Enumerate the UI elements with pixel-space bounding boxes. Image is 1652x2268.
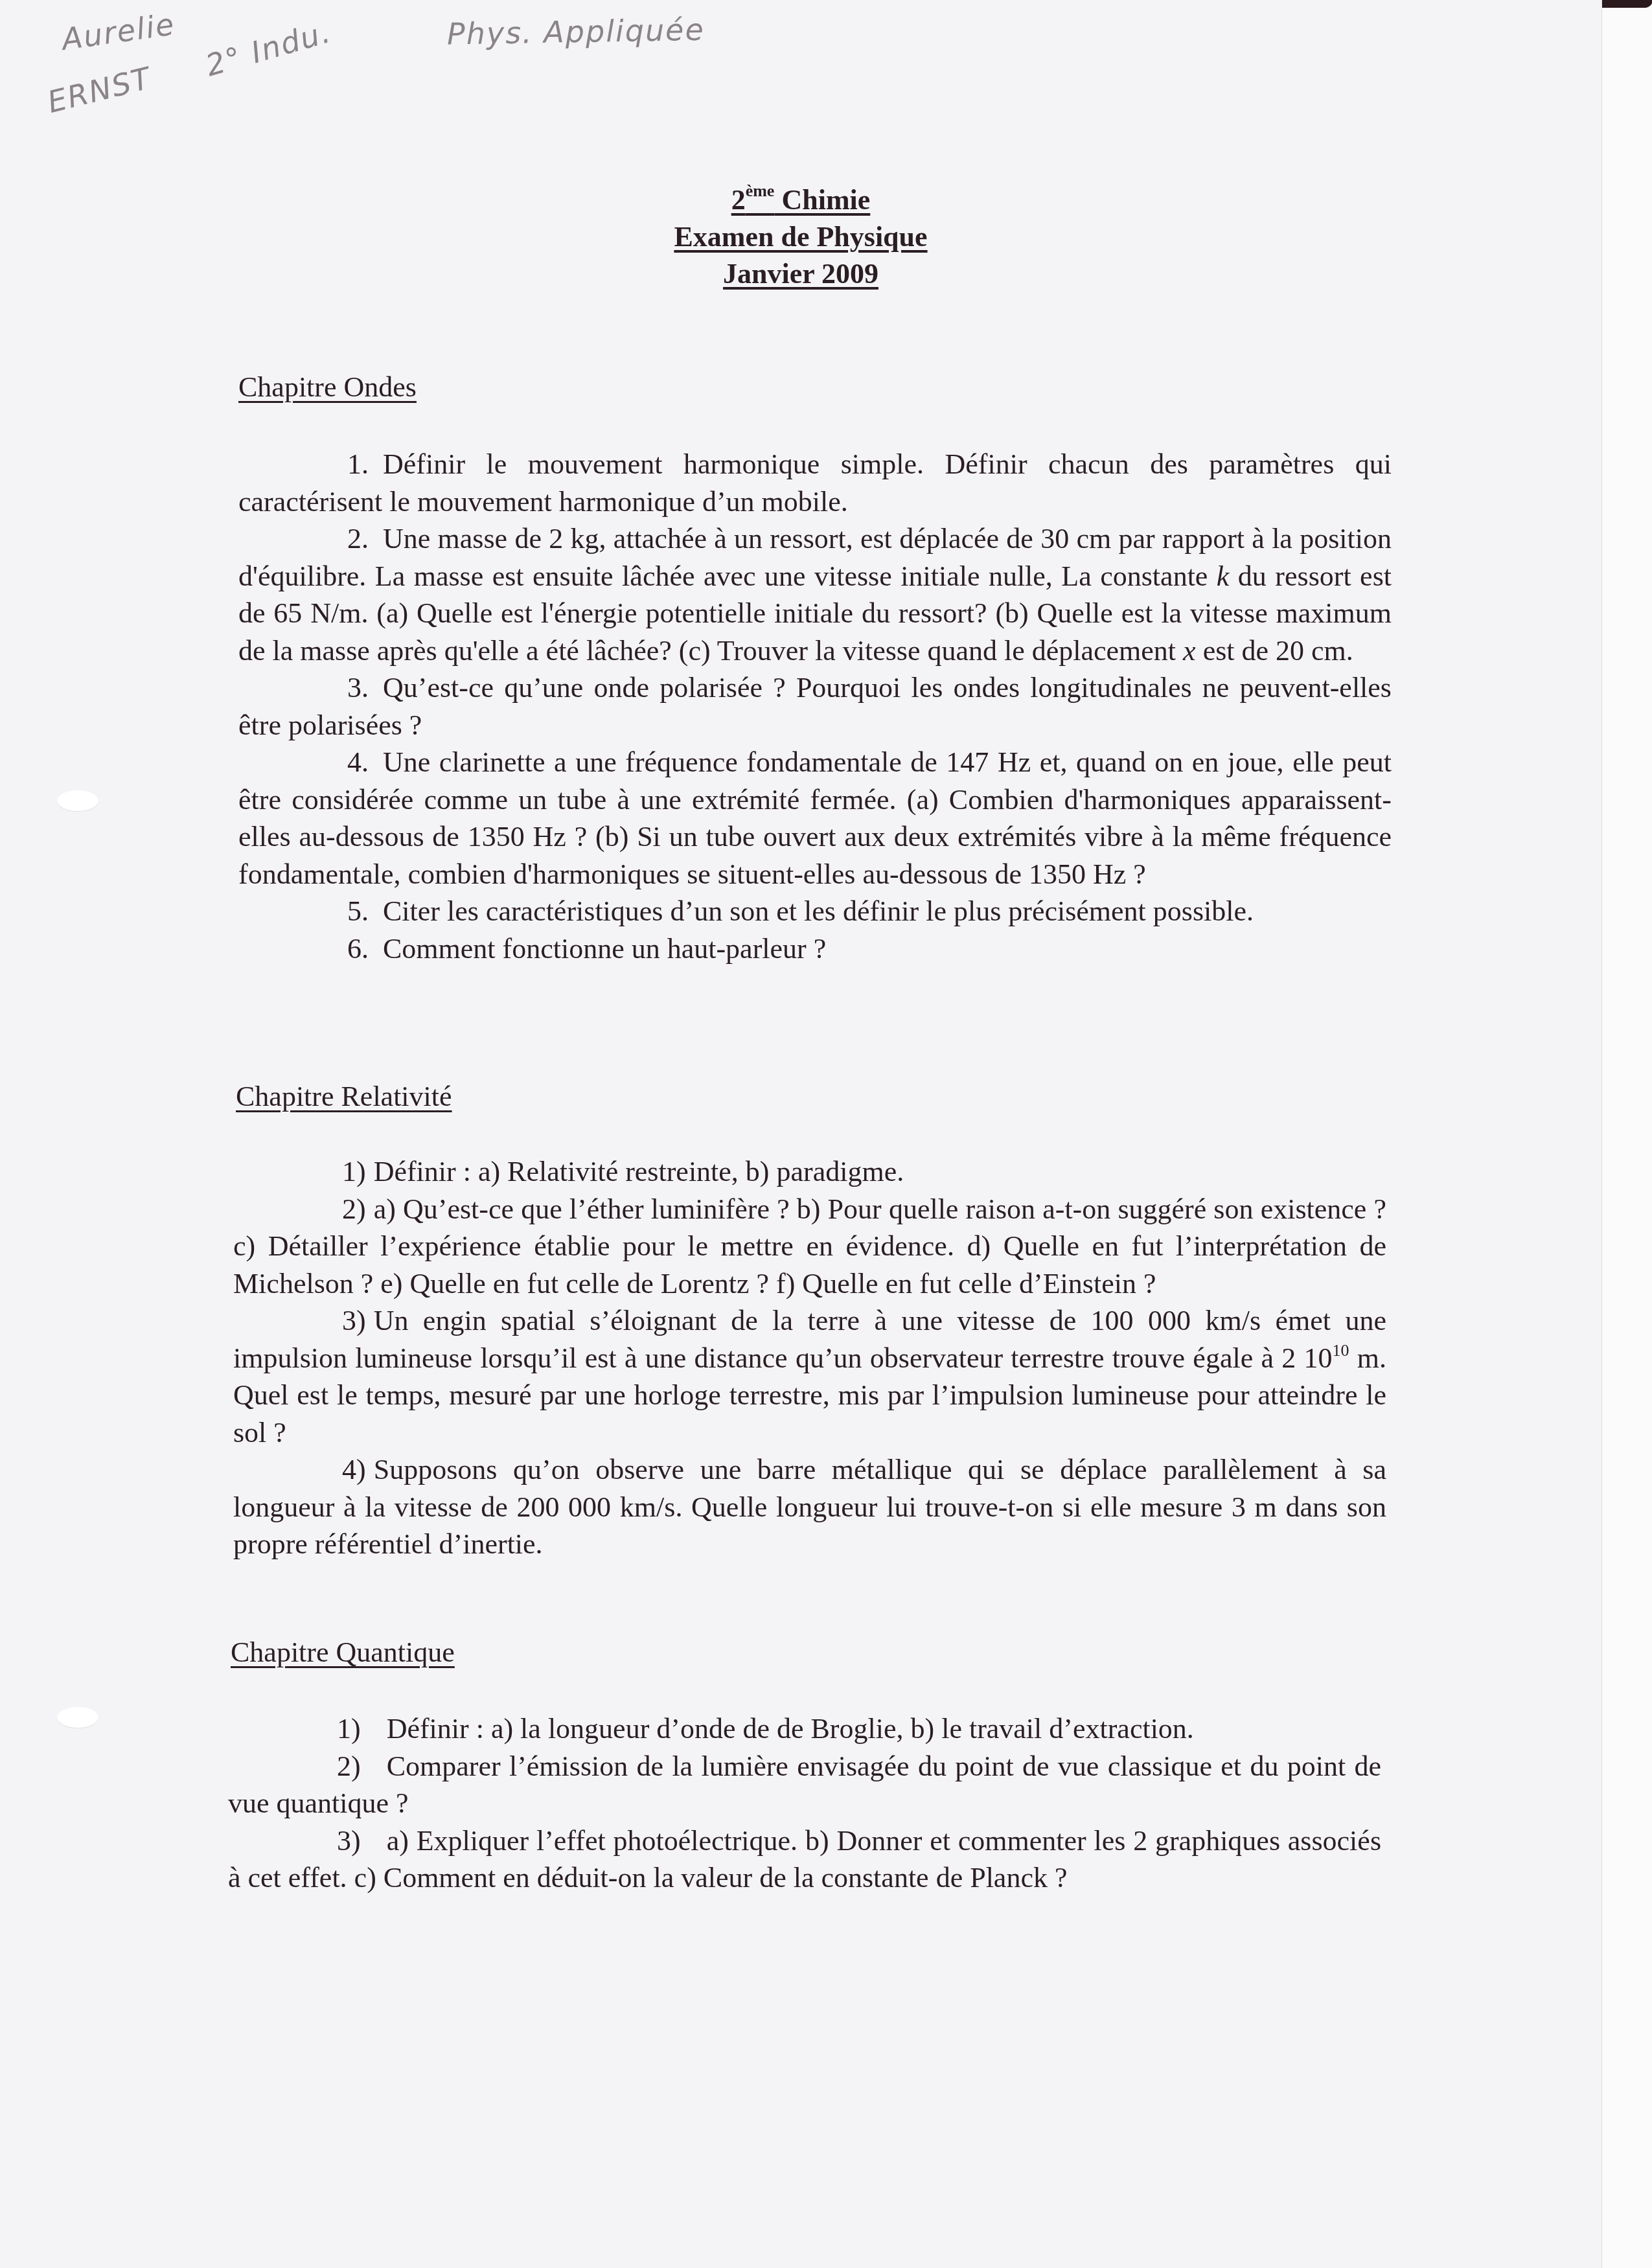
scanned-page: Aurelie ERNST 2° Indu. Phys. Appliquée 2… [0,0,1601,2268]
scanner-edge-shadow [1602,0,1652,8]
question-quantique-2: 2)Comparer l’émission de la lumière envi… [228,1748,1381,1822]
handwritten-name: Aurelie [60,6,178,57]
handwritten-class: 2° Indu. [201,14,335,84]
question-ondes-4: 4.Une clarinette a une fréquence fondame… [238,744,1392,893]
header-date: Janvier 2009 [0,255,1601,292]
question-ondes-1: 1.Définir le mouvement harmonique simple… [238,446,1392,520]
header-class-line: 2ème Chimie [0,181,1601,218]
question-relativite-1: 1)Définir : a) Relativité restreinte, b)… [233,1153,1386,1191]
section-heading-ondes: Chapitre Ondes [238,371,417,404]
punch-hole-top [57,790,98,811]
question-relativite-4: 4)Supposons qu’on observe une barre méta… [233,1451,1386,1563]
question-ondes-6: 6.Comment fonctionne un haut-parleur ? [238,930,1392,968]
header-exam-title: Examen de Physique [0,218,1601,255]
question-ondes-3: 3.Qu’est-ce qu’une onde polarisée ? Pour… [238,669,1392,744]
section-quantique-questions: 1)Définir : a) la longueur d’onde de de … [228,1710,1381,1897]
handwritten-subject: Phys. Appliquée [447,12,706,52]
section-heading-relativite: Chapitre Relativité [236,1080,452,1113]
scanner-edge-strip [1601,0,1652,2268]
section-ondes-questions: 1.Définir le mouvement harmonique simple… [238,446,1392,967]
punch-hole-bottom [57,1707,98,1728]
question-relativite-2: 2)a) Qu’est-ce que l’éther luminifère ? … [233,1191,1386,1303]
question-quantique-1: 1)Définir : a) la longueur d’onde de de … [228,1710,1381,1748]
question-ondes-5: 5.Citer les caractéristiques d’un son et… [238,893,1392,930]
handwritten-surname: ERNST [44,60,155,120]
section-relativite-questions: 1)Définir : a) Relativité restreinte, b)… [233,1153,1386,1563]
question-ondes-2: 2.Une masse de 2 kg, attachée à un resso… [238,520,1392,669]
question-relativite-3: 3)Un engin spatial s’éloignant de la ter… [233,1302,1386,1451]
exam-header: 2ème Chimie Examen de Physique Janvier 2… [0,181,1601,292]
question-quantique-3: 3)a) Expliquer l’effet photoélectrique. … [228,1822,1381,1897]
section-heading-quantique: Chapitre Quantique [231,1636,455,1669]
